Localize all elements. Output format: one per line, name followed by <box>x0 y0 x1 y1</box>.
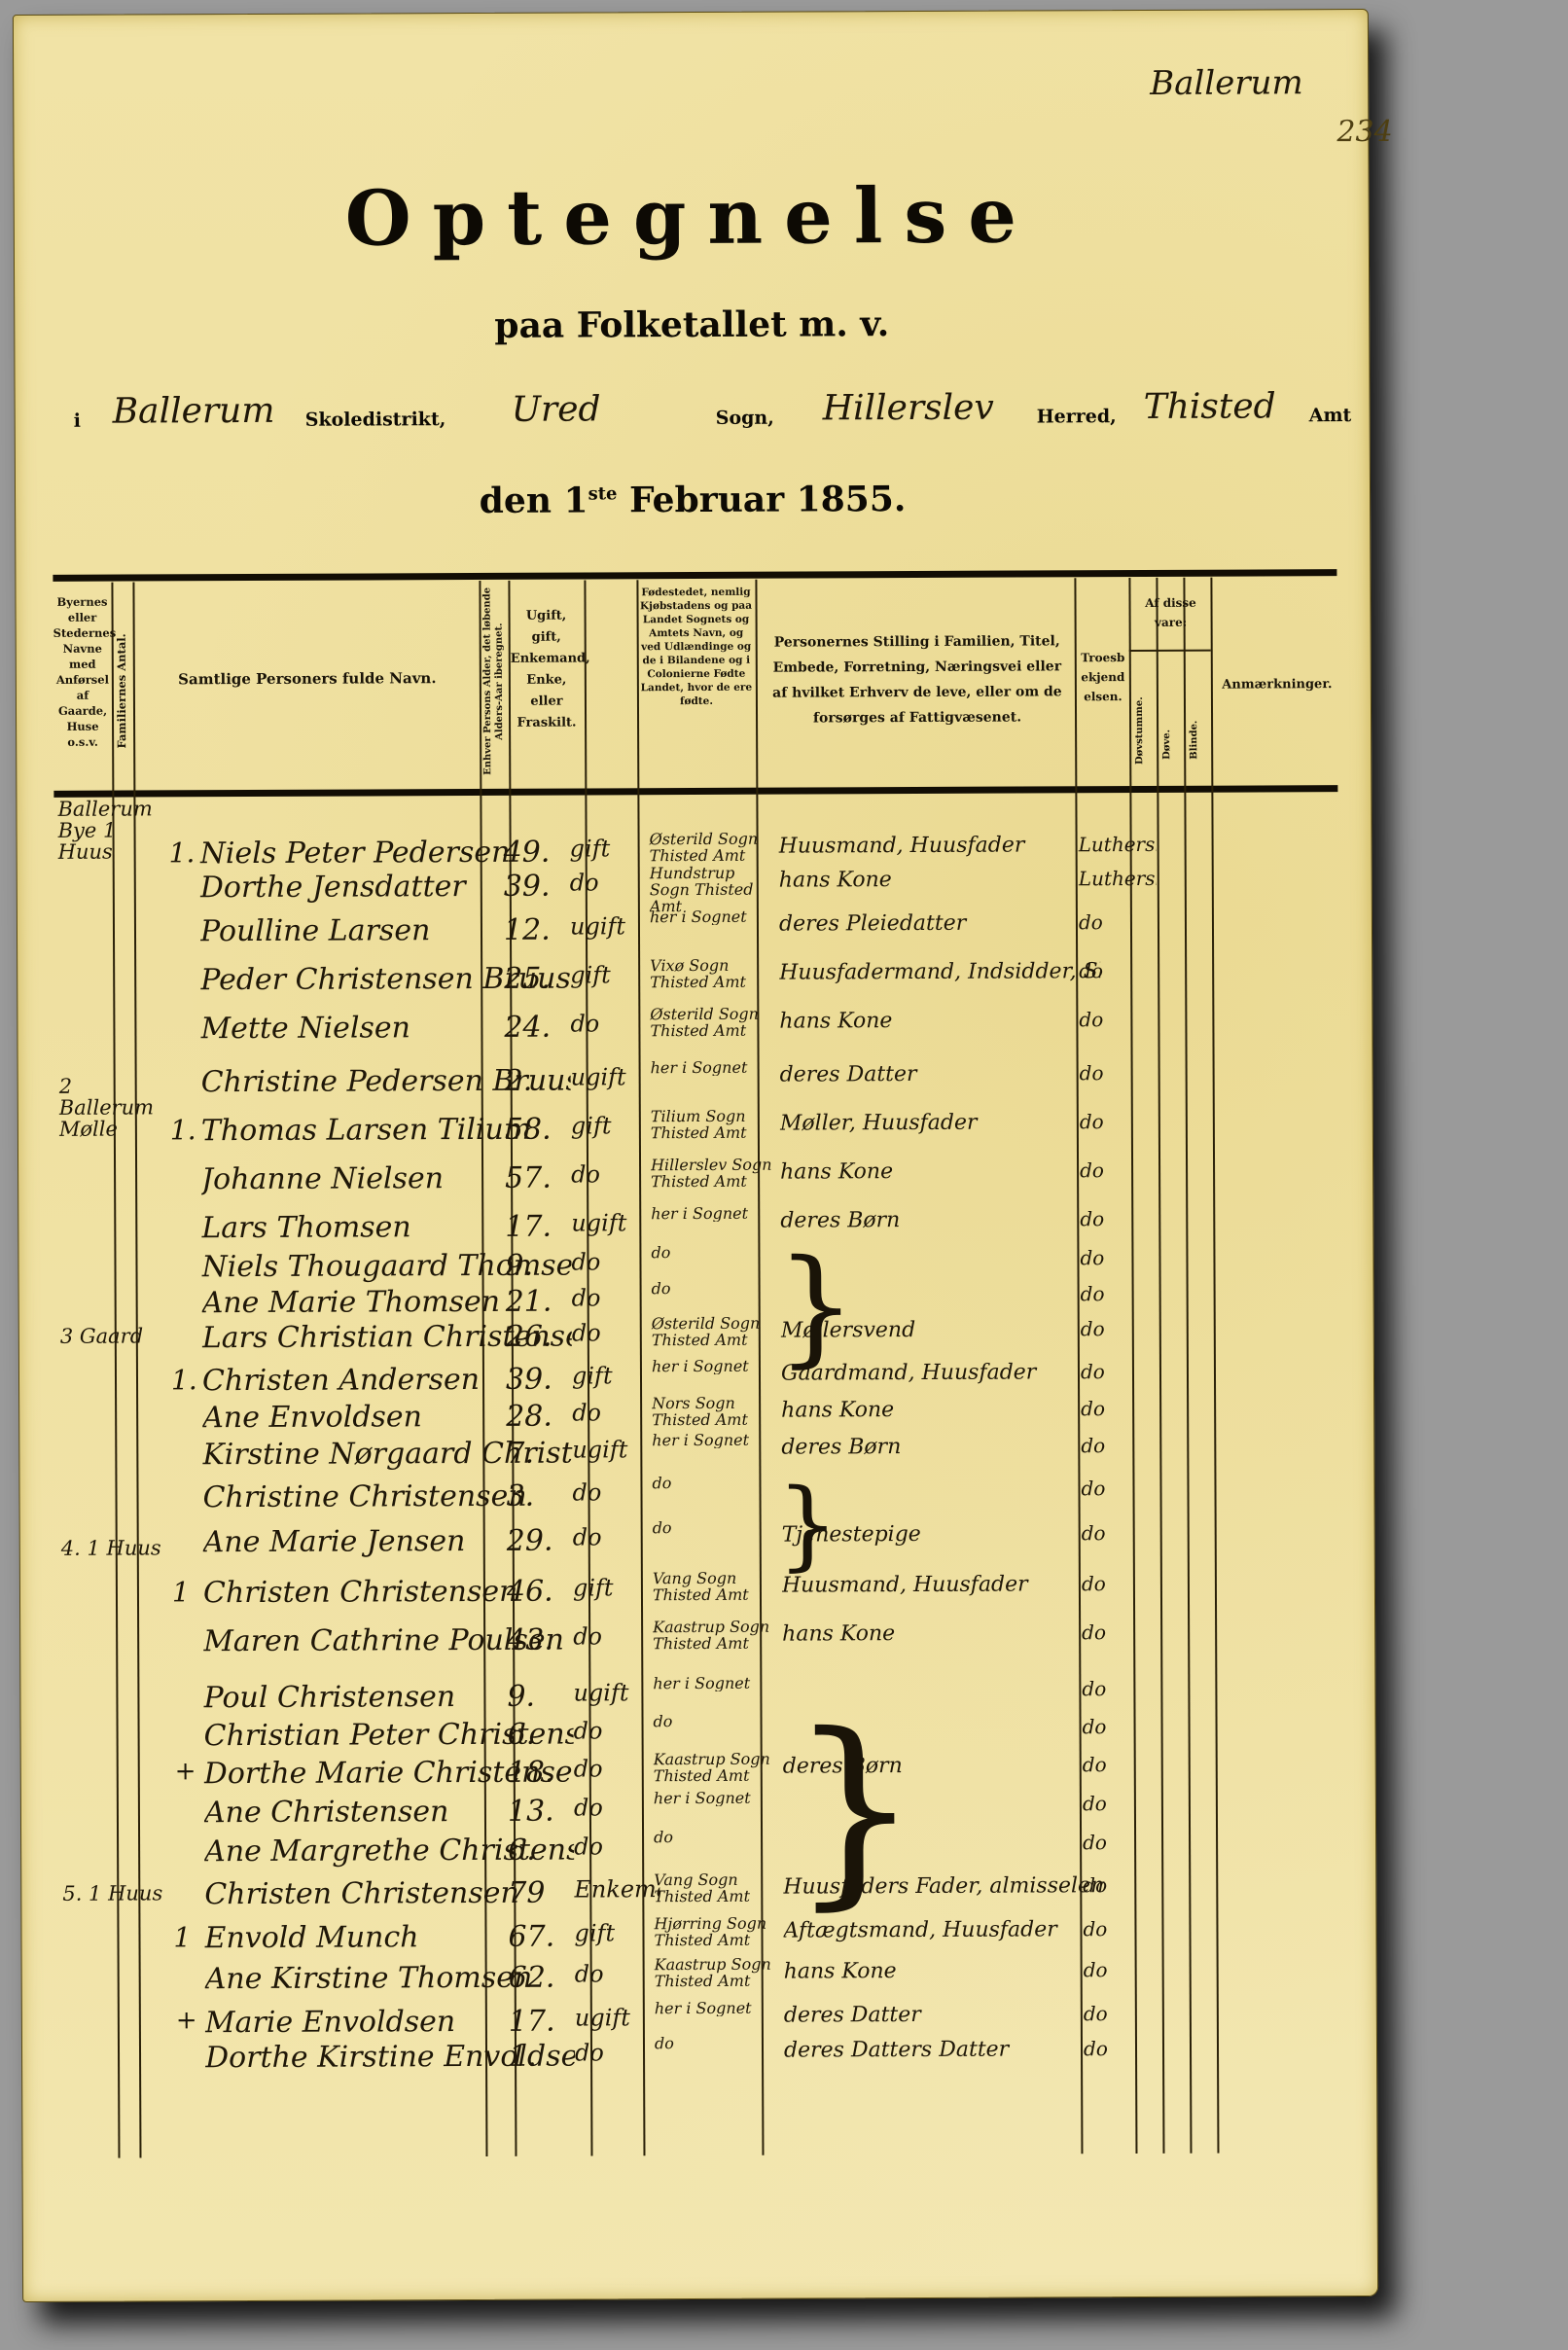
religion-cell: do <box>1079 959 1157 982</box>
deceased-mark: + <box>176 2006 197 2035</box>
disabilities-subrule <box>1129 650 1211 652</box>
date-day: 1 <box>563 480 588 520</box>
age-cell: 39. <box>504 870 562 904</box>
birthplace-cell: do <box>652 1475 776 1492</box>
age-cell: 1. <box>509 2040 567 2074</box>
occupation-cell: Huusmand, Huusfader <box>779 833 1100 858</box>
religion-cell: do <box>1081 1434 1158 1457</box>
civil-status-cell: ugift <box>571 1209 657 1236</box>
header-blind: Blinde. <box>1188 706 1209 774</box>
religion-cell: do <box>1083 1753 1160 1776</box>
religion-cell: do <box>1080 1061 1158 1085</box>
header-remarks: Anmærkninger. <box>1217 676 1337 694</box>
parish-label: Sogn, <box>716 408 774 429</box>
birthplace-cell: Vixø Sogn Thisted Amt <box>650 957 774 991</box>
family-count-cell: 1. <box>169 837 196 869</box>
occupation-cell: Møller, Huusfader <box>780 1110 1101 1135</box>
page-title: Optegnelse <box>15 170 1369 265</box>
place-cell: 3 Gaard <box>60 1325 162 1346</box>
table-row: Ane Margrethe Christensen6.dododo <box>58 1830 1342 1874</box>
family-count-cell: 1. <box>170 1114 197 1146</box>
civil-status-cell: do <box>573 1622 659 1650</box>
table-row: Kirstine Nørgaard Christensen7.ugifther … <box>56 1433 1340 1478</box>
date-month-year: Februar 1855. <box>629 479 907 520</box>
table-top-rule <box>53 569 1336 582</box>
occupation-cell: deres Børn <box>781 1434 1102 1459</box>
religion-cell: do <box>1080 1207 1158 1230</box>
occupation-cell: hans Kone <box>780 1158 1101 1184</box>
header-civil-status: Ugift, gift, Enkemand, Enke, eller Frask… <box>511 606 584 734</box>
religion-cell: do <box>1082 1572 1159 1595</box>
header-age: Enhver Persons Alder, det løbende Alders… <box>481 587 508 777</box>
birthplace-cell: Kaastrup Sogn Thisted Amt <box>653 1619 777 1653</box>
table-row: Johanne Nielsen57.doHillerslev Sogn This… <box>55 1157 1339 1202</box>
civil-status-cell: do <box>570 869 656 896</box>
religion-cell: do <box>1083 1792 1160 1815</box>
table-row: 5. 1 Huus1Envold Munch67.giftHjørring So… <box>58 1916 1342 1961</box>
civil-status-cell: do <box>570 1010 656 1037</box>
age-cell: 24. <box>504 1011 562 1045</box>
table-row: 2 Ballerum Mølle1.Thomas Larsen Tilium58… <box>55 1109 1339 1154</box>
school-district-value: Ballerum <box>113 391 275 432</box>
table-row: Mette Nielsen24.doØsterild Sogn Thisted … <box>54 1007 1338 1051</box>
age-cell: 13. <box>508 1795 566 1829</box>
civil-status-cell: do <box>571 1248 657 1275</box>
civil-status-cell: do <box>574 1833 659 1860</box>
hundred-label: Herred, <box>1037 406 1117 427</box>
table-row: Maren Cathrine Poulsen43.doKaastrup Sogn… <box>57 1620 1341 1664</box>
religion-cell: do <box>1081 1360 1158 1383</box>
occupation-cell: hans Kone <box>782 1620 1103 1646</box>
civil-status-cell: gift <box>570 835 656 862</box>
religion-cell: do <box>1081 1282 1158 1305</box>
occupation-cell <box>782 1677 1103 1678</box>
birthplace-cell: her i Sognet <box>652 1358 776 1375</box>
age-cell: 62. <box>509 1961 567 1995</box>
occupation-cell: hans Kone <box>781 1397 1102 1422</box>
county-value: Thisted <box>1144 386 1276 427</box>
age-cell: 26. <box>506 1320 564 1354</box>
religion-cell: do <box>1081 1477 1158 1500</box>
deceased-mark: + <box>175 1757 196 1786</box>
birthplace-cell: Østerild Sogn Thisted Amt <box>650 831 774 865</box>
header-families: Familiernes Antal. <box>116 614 132 769</box>
age-cell: 28. <box>506 1400 564 1434</box>
age-cell: 7. <box>506 1437 564 1471</box>
age-cell: 49. <box>504 836 562 870</box>
birthplace-cell: her i Sognet <box>651 1205 775 1223</box>
date-prefix: den <box>480 481 552 521</box>
civil-status-cell: Enkemand <box>574 1875 659 1903</box>
birthplace-cell: Kaastrup Sogn Thisted Amt <box>654 1751 778 1785</box>
age-cell: 9. <box>507 1680 565 1714</box>
civil-status-cell: do <box>571 1160 657 1188</box>
occupation-cell: deres Børn <box>780 1207 1101 1232</box>
birthplace-cell: her i Sognet <box>654 1790 778 1807</box>
civil-status-cell: do <box>573 1523 659 1550</box>
occupation-cell: deres Pleiedatter <box>779 910 1100 936</box>
age-cell: 39. <box>506 1363 564 1397</box>
age-cell: 12. <box>504 913 562 947</box>
religion-cell: do <box>1081 1397 1158 1420</box>
census-page: Ballerum 234 Optegnelse paa Folketallet … <box>13 9 1378 2302</box>
bracket-children-group: } <box>789 1707 920 1912</box>
place-cell: 4. 1 Huus <box>61 1537 163 1558</box>
birthplace-cell: Østerild Sogn Thisted Amt <box>652 1315 776 1349</box>
table-row: Lars Christian Christensen26.doØsterild … <box>56 1316 1340 1361</box>
bracket-children-group: } <box>776 1476 838 1573</box>
religion-cell: do <box>1084 2002 1161 2025</box>
family-count-cell: 1. <box>171 1364 198 1396</box>
occupation-cell: hans Kone <box>779 1008 1100 1033</box>
age-cell: 29. <box>507 1524 565 1558</box>
table-row: Poulline Larsen12.ugifther i Sognetderes… <box>54 909 1338 954</box>
age-cell: 67. <box>508 1920 566 1954</box>
birthplace-cell: do <box>653 1519 777 1537</box>
location-prefix: i <box>74 410 81 432</box>
birthplace-cell: Hjørring Sogn Thisted Amt <box>654 1915 778 1949</box>
census-table: Byernes eller Stedernes Navne med Anførs… <box>53 569 1343 2170</box>
hundred-value: Hillerslev <box>823 388 994 429</box>
age-cell: 17. <box>509 2005 567 2039</box>
archive-page-number: 234 <box>1336 115 1392 149</box>
age-cell: 57. <box>505 1161 563 1195</box>
family-count-cell: 1 <box>172 1576 199 1608</box>
religion-cell: do <box>1081 1317 1158 1340</box>
occupation-cell: hans Kone <box>784 1958 1105 1983</box>
age-cell: 18. <box>508 1756 566 1790</box>
school-district-label: Skoledistrikt, <box>305 409 446 431</box>
civil-status-cell: ugift <box>573 1679 659 1706</box>
header-name: Samtlige Personers fulde Navn. <box>137 670 478 689</box>
occupation-cell: deres Datter <box>784 2002 1105 2027</box>
birthplace-cell: Nors Sogn Thisted Amt <box>652 1395 776 1429</box>
age-cell: 6. <box>508 1718 566 1752</box>
table-row: Christen Christensen79EnkemandVang Sogn … <box>58 1872 1342 1917</box>
birthplace-cell: her i Sognet <box>653 1675 777 1692</box>
civil-status-cell: do <box>572 1399 658 1426</box>
civil-status-cell: do <box>572 1319 658 1346</box>
birthplace-cell: Hundstrup Sogn Thisted Amt <box>650 865 774 915</box>
religion-cell: do <box>1080 1158 1158 1182</box>
religion-cell: do <box>1079 910 1157 934</box>
family-count-cell: 1 <box>173 1921 200 1953</box>
civil-status-cell: do <box>572 1284 658 1311</box>
civil-status-cell: do <box>574 1717 659 1744</box>
header-bottom-rule <box>53 785 1337 798</box>
date-day-suffix: ste <box>588 483 618 504</box>
birthplace-cell: do <box>654 1829 778 1846</box>
age-cell: 9. <box>505 1249 563 1283</box>
religion-cell: do <box>1084 1958 1161 1981</box>
birthplace-cell: do <box>651 1244 775 1262</box>
header-deaf: Døve. <box>1160 716 1182 774</box>
table-row: Dorthe Jensdatter39.doHundstrup Sogn Thi… <box>54 866 1338 910</box>
religion-cell: do <box>1083 1831 1160 1854</box>
religion-cell: do <box>1082 1620 1159 1644</box>
birthplace-cell: Tilium Sogn Thisted Amt <box>651 1108 775 1142</box>
header-disabilities-group: Af disse vare: <box>1130 593 1210 632</box>
civil-status-cell: do <box>575 2039 660 2066</box>
birthplace-cell: do <box>654 1713 778 1730</box>
header-occupation: Personernes Stilling i Familien, Titel, … <box>766 628 1069 730</box>
religion-cell: do <box>1083 1917 1160 1941</box>
archive-note: Ballerum <box>1150 63 1303 103</box>
birthplace-cell: her i Sognet <box>650 908 774 926</box>
religion-cell: Luthersk <box>1079 867 1157 890</box>
birthplace-cell: her i Sognet <box>652 1432 776 1449</box>
birthplace-cell: Hillerslev Sogn Thisted Amt <box>651 1157 775 1191</box>
age-cell: 2. <box>505 1064 563 1098</box>
birthplace-cell: do <box>652 1280 776 1298</box>
table-row: 4. 1 Huus1Christen Christensen46.giftVan… <box>57 1571 1341 1616</box>
place-cell: Ballerum Bye 1 Huus <box>57 798 160 862</box>
religion-cell: Luthersk <box>1079 833 1157 856</box>
civil-status-cell: ugift <box>571 1063 657 1090</box>
civil-status-cell: ugift <box>572 1436 658 1463</box>
parish-value: Ured <box>512 389 601 429</box>
table-row: Ane Kirstine Thomsen62.doKaastrup Sogn T… <box>59 1957 1343 2002</box>
header-deaf-mute: Døvstumme. <box>1133 687 1155 774</box>
birthplace-cell: Kaastrup Sogn Thisted Amt <box>655 1956 779 1990</box>
religion-cell: do <box>1080 1110 1158 1133</box>
birthplace-cell: do <box>655 2035 779 2052</box>
table-row: Christine Christensen3.dododo <box>56 1476 1340 1520</box>
location-line: i Ballerum Skoledistrikt, Ured Sogn, Hil… <box>54 375 1377 440</box>
civil-status-cell: ugift <box>575 2004 660 2031</box>
civil-status-cell: do <box>574 1755 659 1782</box>
birthplace-cell: her i Sognet <box>655 2000 779 2017</box>
civil-status-cell: ugift <box>570 912 656 940</box>
civil-status-cell: gift <box>570 961 656 988</box>
age-cell: 58. <box>505 1113 563 1147</box>
civil-status-cell: gift <box>574 1919 659 1946</box>
county-label: Amt <box>1309 405 1352 426</box>
age-cell: 25. <box>504 962 562 996</box>
place-cell: 2 Ballerum Mølle <box>59 1075 161 1139</box>
header-religion: Troesbekjendelsen. <box>1079 648 1127 706</box>
civil-status-cell: do <box>575 1960 660 1987</box>
birthplace-cell: Østerild Sogn Thisted Amt <box>650 1006 774 1040</box>
religion-cell: do <box>1082 1677 1159 1700</box>
place-cell: 5. 1 Huus <box>62 1882 164 1904</box>
birthplace-cell: Vang Sogn Thisted Amt <box>654 1871 778 1905</box>
religion-cell: do <box>1083 1873 1160 1897</box>
table-row: Ane Marie Jensen29.dodoTjenestepigedo <box>57 1520 1341 1565</box>
age-cell: 17. <box>505 1210 563 1244</box>
civil-status-cell: gift <box>573 1574 659 1601</box>
birthplace-cell: Vang Sogn Thisted Amt <box>653 1570 777 1604</box>
table-row: Christine Pedersen Bruus2.ugifther i Sog… <box>55 1060 1339 1105</box>
table-row: Dorthe Kirstine Envoldsen1.dododeres Dat… <box>59 2036 1343 2081</box>
age-cell: 46. <box>507 1575 565 1609</box>
table-row: Peder Christensen Bruus25.giftVixø Sogn … <box>54 958 1338 1003</box>
occupation-cell: deres Datter <box>780 1061 1101 1086</box>
age-cell: 3. <box>506 1479 564 1513</box>
age-cell: 43. <box>507 1623 565 1657</box>
religion-cell: do <box>1083 1715 1160 1738</box>
religion-cell: do <box>1082 1521 1159 1545</box>
census-date: den 1ste Februar 1855. <box>16 477 1370 523</box>
occupation-cell: hans Kone <box>779 867 1100 892</box>
age-cell: 21. <box>506 1285 564 1319</box>
religion-cell: do <box>1079 1008 1157 1031</box>
civil-status-cell: do <box>574 1794 659 1821</box>
age-cell: 6. <box>508 1834 566 1868</box>
header-birthplace: Fødestedet, nemlig Kjøbstadens og paa La… <box>638 586 754 709</box>
civil-status-cell: do <box>572 1478 658 1506</box>
bracket-children-group: } <box>775 1242 856 1369</box>
civil-status-cell: gift <box>571 1112 657 1139</box>
birthplace-cell: her i Sognet <box>651 1059 775 1077</box>
page-subtitle: paa Folketallet m. v. <box>15 302 1369 348</box>
age-cell: 79 <box>508 1876 566 1910</box>
occupation-cell: Huusfadermand, Indsidder, Skolelærer <box>779 959 1100 984</box>
religion-cell: do <box>1080 1246 1158 1269</box>
header-place: Byernes eller Stedernes Navne med Anførs… <box>53 594 112 750</box>
civil-status-cell: gift <box>572 1362 658 1389</box>
religion-cell: do <box>1084 2037 1161 2060</box>
occupation-cell: deres Datters Datter <box>784 2037 1105 2062</box>
